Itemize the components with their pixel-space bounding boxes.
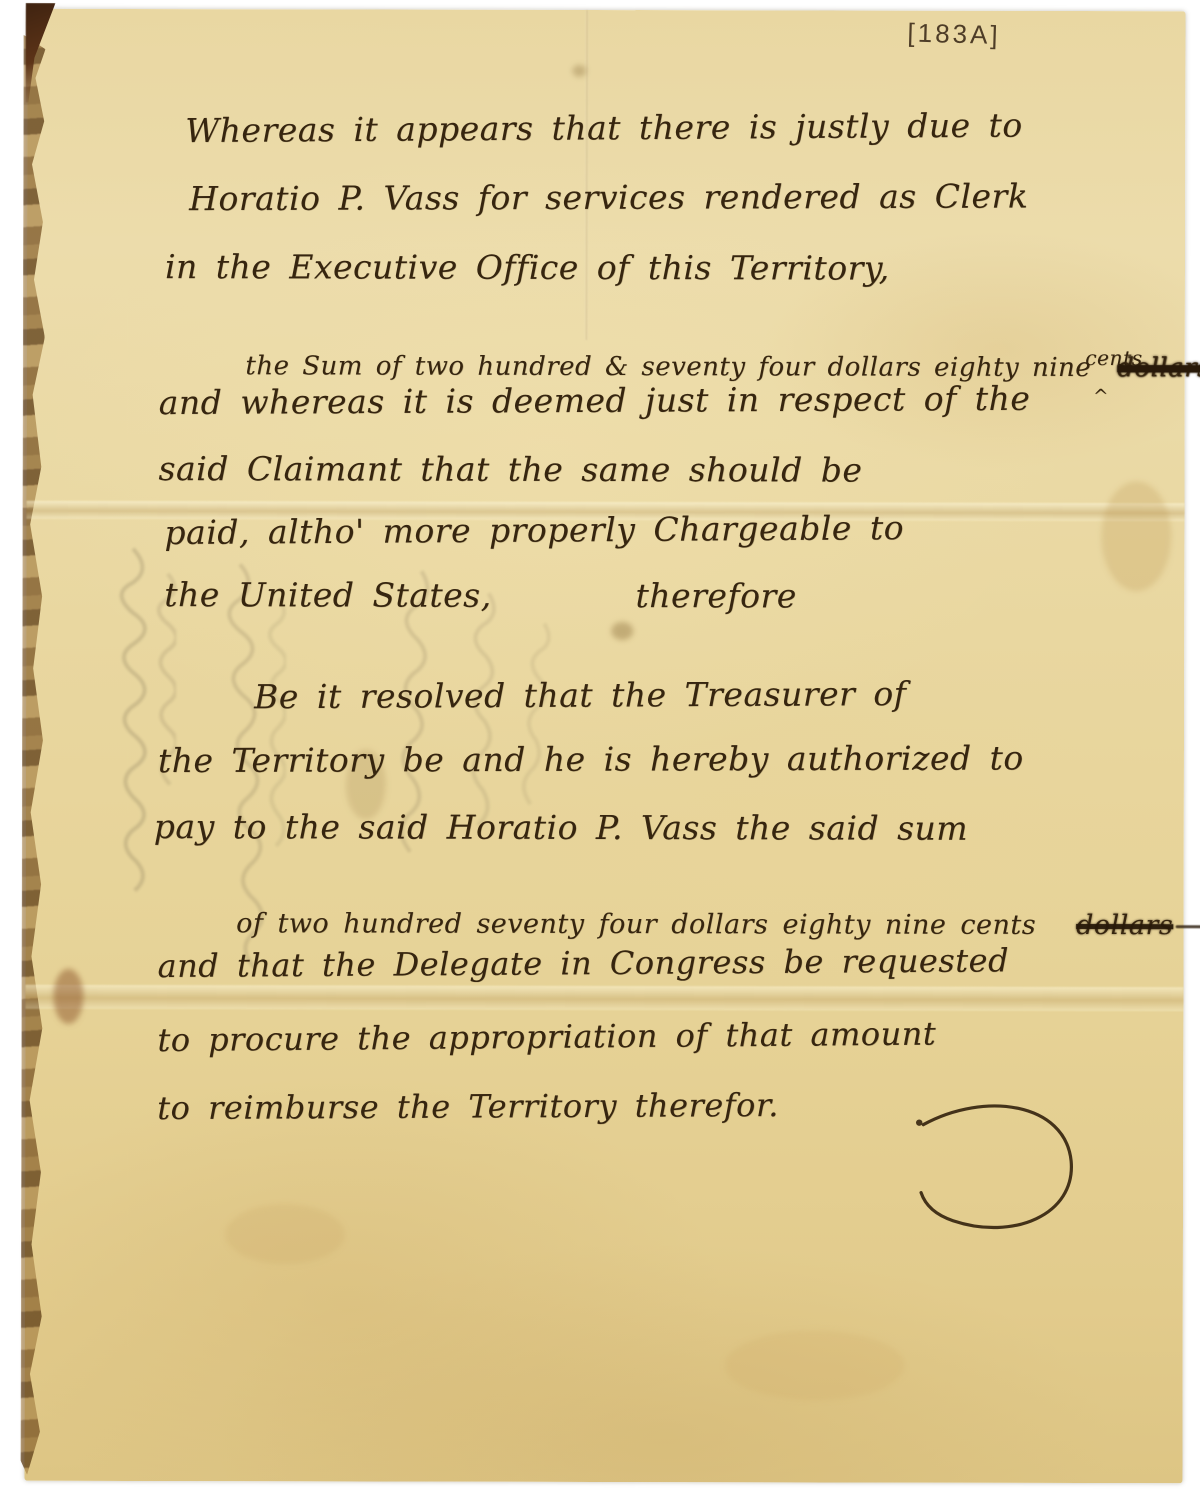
manuscript-line-1: Whereas it appears that there is justly …: [185, 106, 1023, 151]
archival-number-label: [183A]: [907, 17, 1001, 51]
fold-crease-vertical: [585, 10, 589, 340]
line-12-main-text: of two hundred seventy four dollars eigh…: [236, 908, 1036, 941]
manuscript-line-13: and that the Delegate in Congress be req…: [157, 941, 1009, 985]
strike-tail-line: [1175, 925, 1200, 928]
paper-stain: [225, 1204, 345, 1264]
manuscript-line-2: Horatio P. Vass for services rendered as…: [189, 176, 1028, 218]
manuscript-line-8: the United States, therefore: [164, 575, 797, 615]
manuscript-line-9: Be it resolved that the Treasurer of: [254, 674, 907, 716]
manuscript-line-11: pay to the said Horatio P. Vass the said…: [154, 807, 968, 848]
manuscript-line-3: in the Executive Office of this Territor…: [165, 247, 890, 288]
caret-mark: ^: [1093, 386, 1109, 407]
paper-stain: [611, 622, 633, 640]
manuscript-line-14: to procure the appropriation of that amo…: [157, 1015, 936, 1060]
paper-stain: [1101, 481, 1171, 591]
paper-stain: [725, 1330, 905, 1400]
paper-stain: [572, 65, 586, 77]
paper-torn-edge: [20, 35, 45, 1475]
struck-out-word: dollars: [1117, 353, 1200, 383]
document-scan: [183A] Whereas it appears that there is …: [0, 0, 1200, 1501]
manuscript-line-5: and whereas it is deemed just in respect…: [159, 379, 1031, 422]
pen-flourish: [885, 1089, 1095, 1254]
manuscript-page: [183A] Whereas it appears that there is …: [24, 9, 1185, 1483]
manuscript-line-6: said Claimant that the same should be: [159, 449, 863, 489]
manuscript-line-7: paid, altho' more properly Chargeable to: [164, 508, 904, 552]
paper-stain: [53, 969, 83, 1024]
struck-out-word: dollars: [1076, 910, 1173, 941]
manuscript-line-10: the Territory be and he is hereby author…: [158, 738, 1024, 780]
manuscript-line-15: to reimburse the Territory therefor.: [157, 1086, 779, 1127]
